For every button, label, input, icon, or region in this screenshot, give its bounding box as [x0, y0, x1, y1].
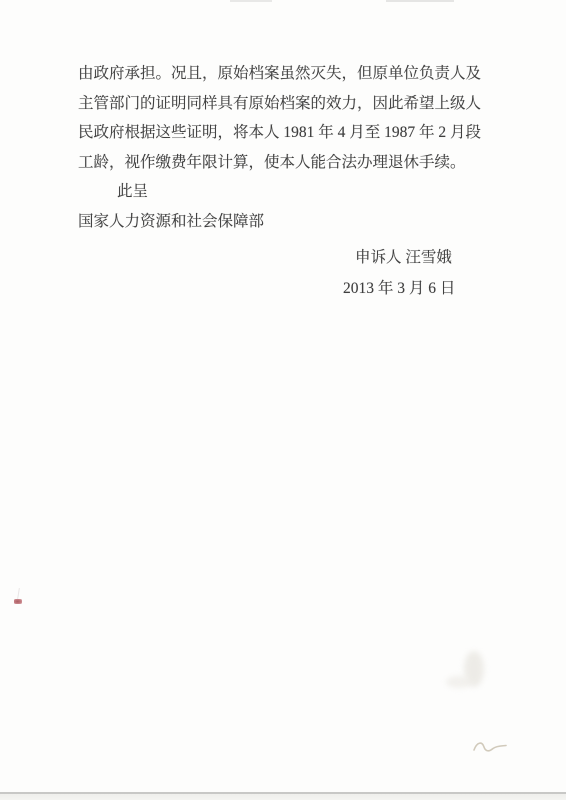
petitioner-signature: 申诉人 汪雪娥	[355, 248, 452, 268]
body-line-3: 民政府根据这些证明，将本人 1981 年 4 月至 1987 年 2 月段	[78, 118, 498, 148]
scan-edge-speck	[386, 0, 454, 2]
addressee-line: 国家人力资源和社会保障部	[78, 207, 498, 237]
scan-edge-speck	[230, 0, 272, 2]
scan-bottom-edge	[0, 792, 566, 800]
scanned-letter-page: 由政府承担。况且，原始档案虽然灭失，但原单位负责人及 主管部门的证明同样具有原始…	[0, 0, 566, 800]
body-line-2: 主管部门的证明同样具有原始档案的效力，因此希望上级人	[78, 89, 498, 119]
letter-body: 由政府承担。况且，原始档案虽然灭失，但原单位负责人及 主管部门的证明同样具有原始…	[78, 59, 498, 237]
letter-date: 2013 年 3 月 6 日	[343, 279, 455, 299]
body-line-4: 工龄，视作缴费年限计算，使本人能合法办理退休手续。	[78, 148, 498, 178]
body-line-1: 由政府承担。况且，原始档案虽然灭失，但原单位负责人及	[78, 59, 498, 89]
faint-scratch-mark	[17, 588, 20, 599]
faint-smudge-mark	[446, 676, 472, 688]
pencil-squiggle-mark	[472, 737, 508, 757]
red-ink-speck	[14, 599, 22, 604]
closing-phrase: 此呈	[78, 177, 498, 207]
